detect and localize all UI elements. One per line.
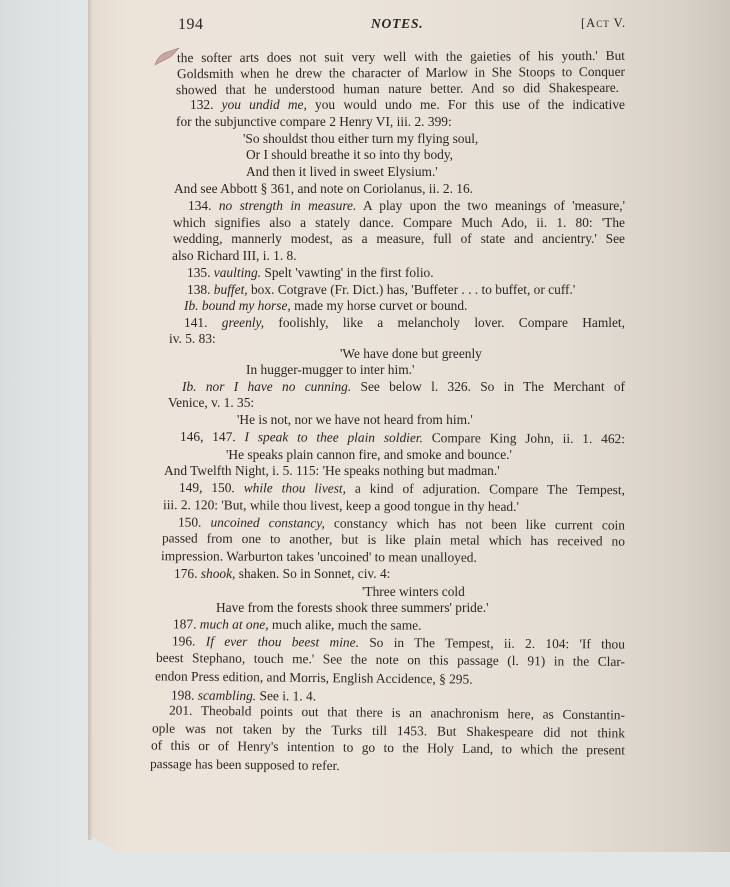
- note-entry-132: 132. you undid me, you would undo me. Fo…: [190, 97, 625, 112]
- note-entry-ib-bound: Ib. bound my horse, made my horse curvet…: [184, 298, 467, 313]
- text-line: Goldsmith when he drew the character of …: [177, 64, 625, 81]
- text-line: passed from one to another, but is like …: [162, 530, 625, 548]
- note-entry-146-147: 146, 147. I speak to thee plain soldier.…: [180, 429, 625, 446]
- note-entry-138: 138. buffet, box. Cotgrave (Fr. Dict.) h…: [187, 282, 575, 297]
- note-entry-134: 134. no strength in measure. A play upon…: [188, 198, 625, 213]
- text-line: showed that he understood human nature b…: [176, 80, 619, 97]
- note-entry-198: 198. scambling. See i. 1. 4.: [171, 687, 316, 703]
- quote-line: Have from the forests shook three summer…: [216, 600, 489, 615]
- quote-line: 'He speaks plain cannon fire, and smoke …: [226, 447, 512, 462]
- quote-line: 'Three winters cold: [362, 584, 465, 599]
- quote-line: Or I should breathe it so into thy body,: [246, 147, 453, 162]
- note-entry-176: 176. shook, shaken. So in Sonnet, civ. 4…: [174, 566, 390, 581]
- text-line: of this or of Henry's intention to go to…: [151, 738, 625, 758]
- text-line: endon Press edition, and Morris, English…: [155, 668, 473, 686]
- quote-line: 'He is not, nor we have not heard from h…: [237, 412, 473, 427]
- note-entry-187: 187. much at one, much alike, much the s…: [173, 616, 422, 632]
- note-entry-150: 150. uncoined constancy, constancy which…: [178, 514, 625, 532]
- text-line: for the subjunctive compare 2 Henry VI, …: [176, 114, 452, 129]
- quote-line: 'So shouldst thou either turn my flying …: [243, 131, 478, 146]
- note-entry-196: 196. If ever thou beest mine. So in The …: [172, 633, 625, 651]
- quote-line: 'We have done but greenly: [340, 346, 482, 361]
- note-entry-141: 141. greenly, foolishly, like a melancho…: [184, 315, 625, 330]
- note-entry-149-150: 149, 150. while thou livest, a kind of a…: [179, 480, 625, 497]
- text-line: Venice, v. 1. 35:: [168, 395, 254, 410]
- text-line: also Richard III, i. 1. 8.: [172, 248, 297, 263]
- note-entry-ib-cunning: Ib. nor I have no cunning. See below l. …: [182, 379, 625, 394]
- quote-line: In hugger-mugger to inter him.': [246, 362, 414, 377]
- text-line: iii. 2. 120: 'But, while thou livest, ke…: [163, 497, 519, 514]
- text-line: the softer arts does not suit very well …: [177, 48, 625, 65]
- text-line: which signifies also a stately dance. Co…: [173, 215, 625, 230]
- text-line: And see Abbott § 361, and note on Coriol…: [174, 181, 473, 196]
- text-line: passage has been supposed to refer.: [150, 756, 340, 773]
- text-line: impression. Warburton takes 'uncoined' t…: [161, 548, 477, 565]
- text-line: And Twelfth Night, i. 5. 115: 'He speaks…: [164, 463, 500, 478]
- notes-body: the softer arts does not suit very well …: [0, 0, 730, 887]
- quote-line: And then it lived in sweet Elysium.': [246, 164, 438, 179]
- text-line: wedding, mannerly modest, as a measure, …: [173, 231, 625, 246]
- note-entry-135: 135. vaulting. Spelt 'vawting' in the fi…: [187, 265, 434, 280]
- text-line: beest Stephano, touch me.' See the note …: [156, 650, 625, 669]
- note-entry-201: 201. Theobald points out that there is a…: [169, 703, 625, 723]
- text-line: iv. 5. 83:: [169, 331, 216, 346]
